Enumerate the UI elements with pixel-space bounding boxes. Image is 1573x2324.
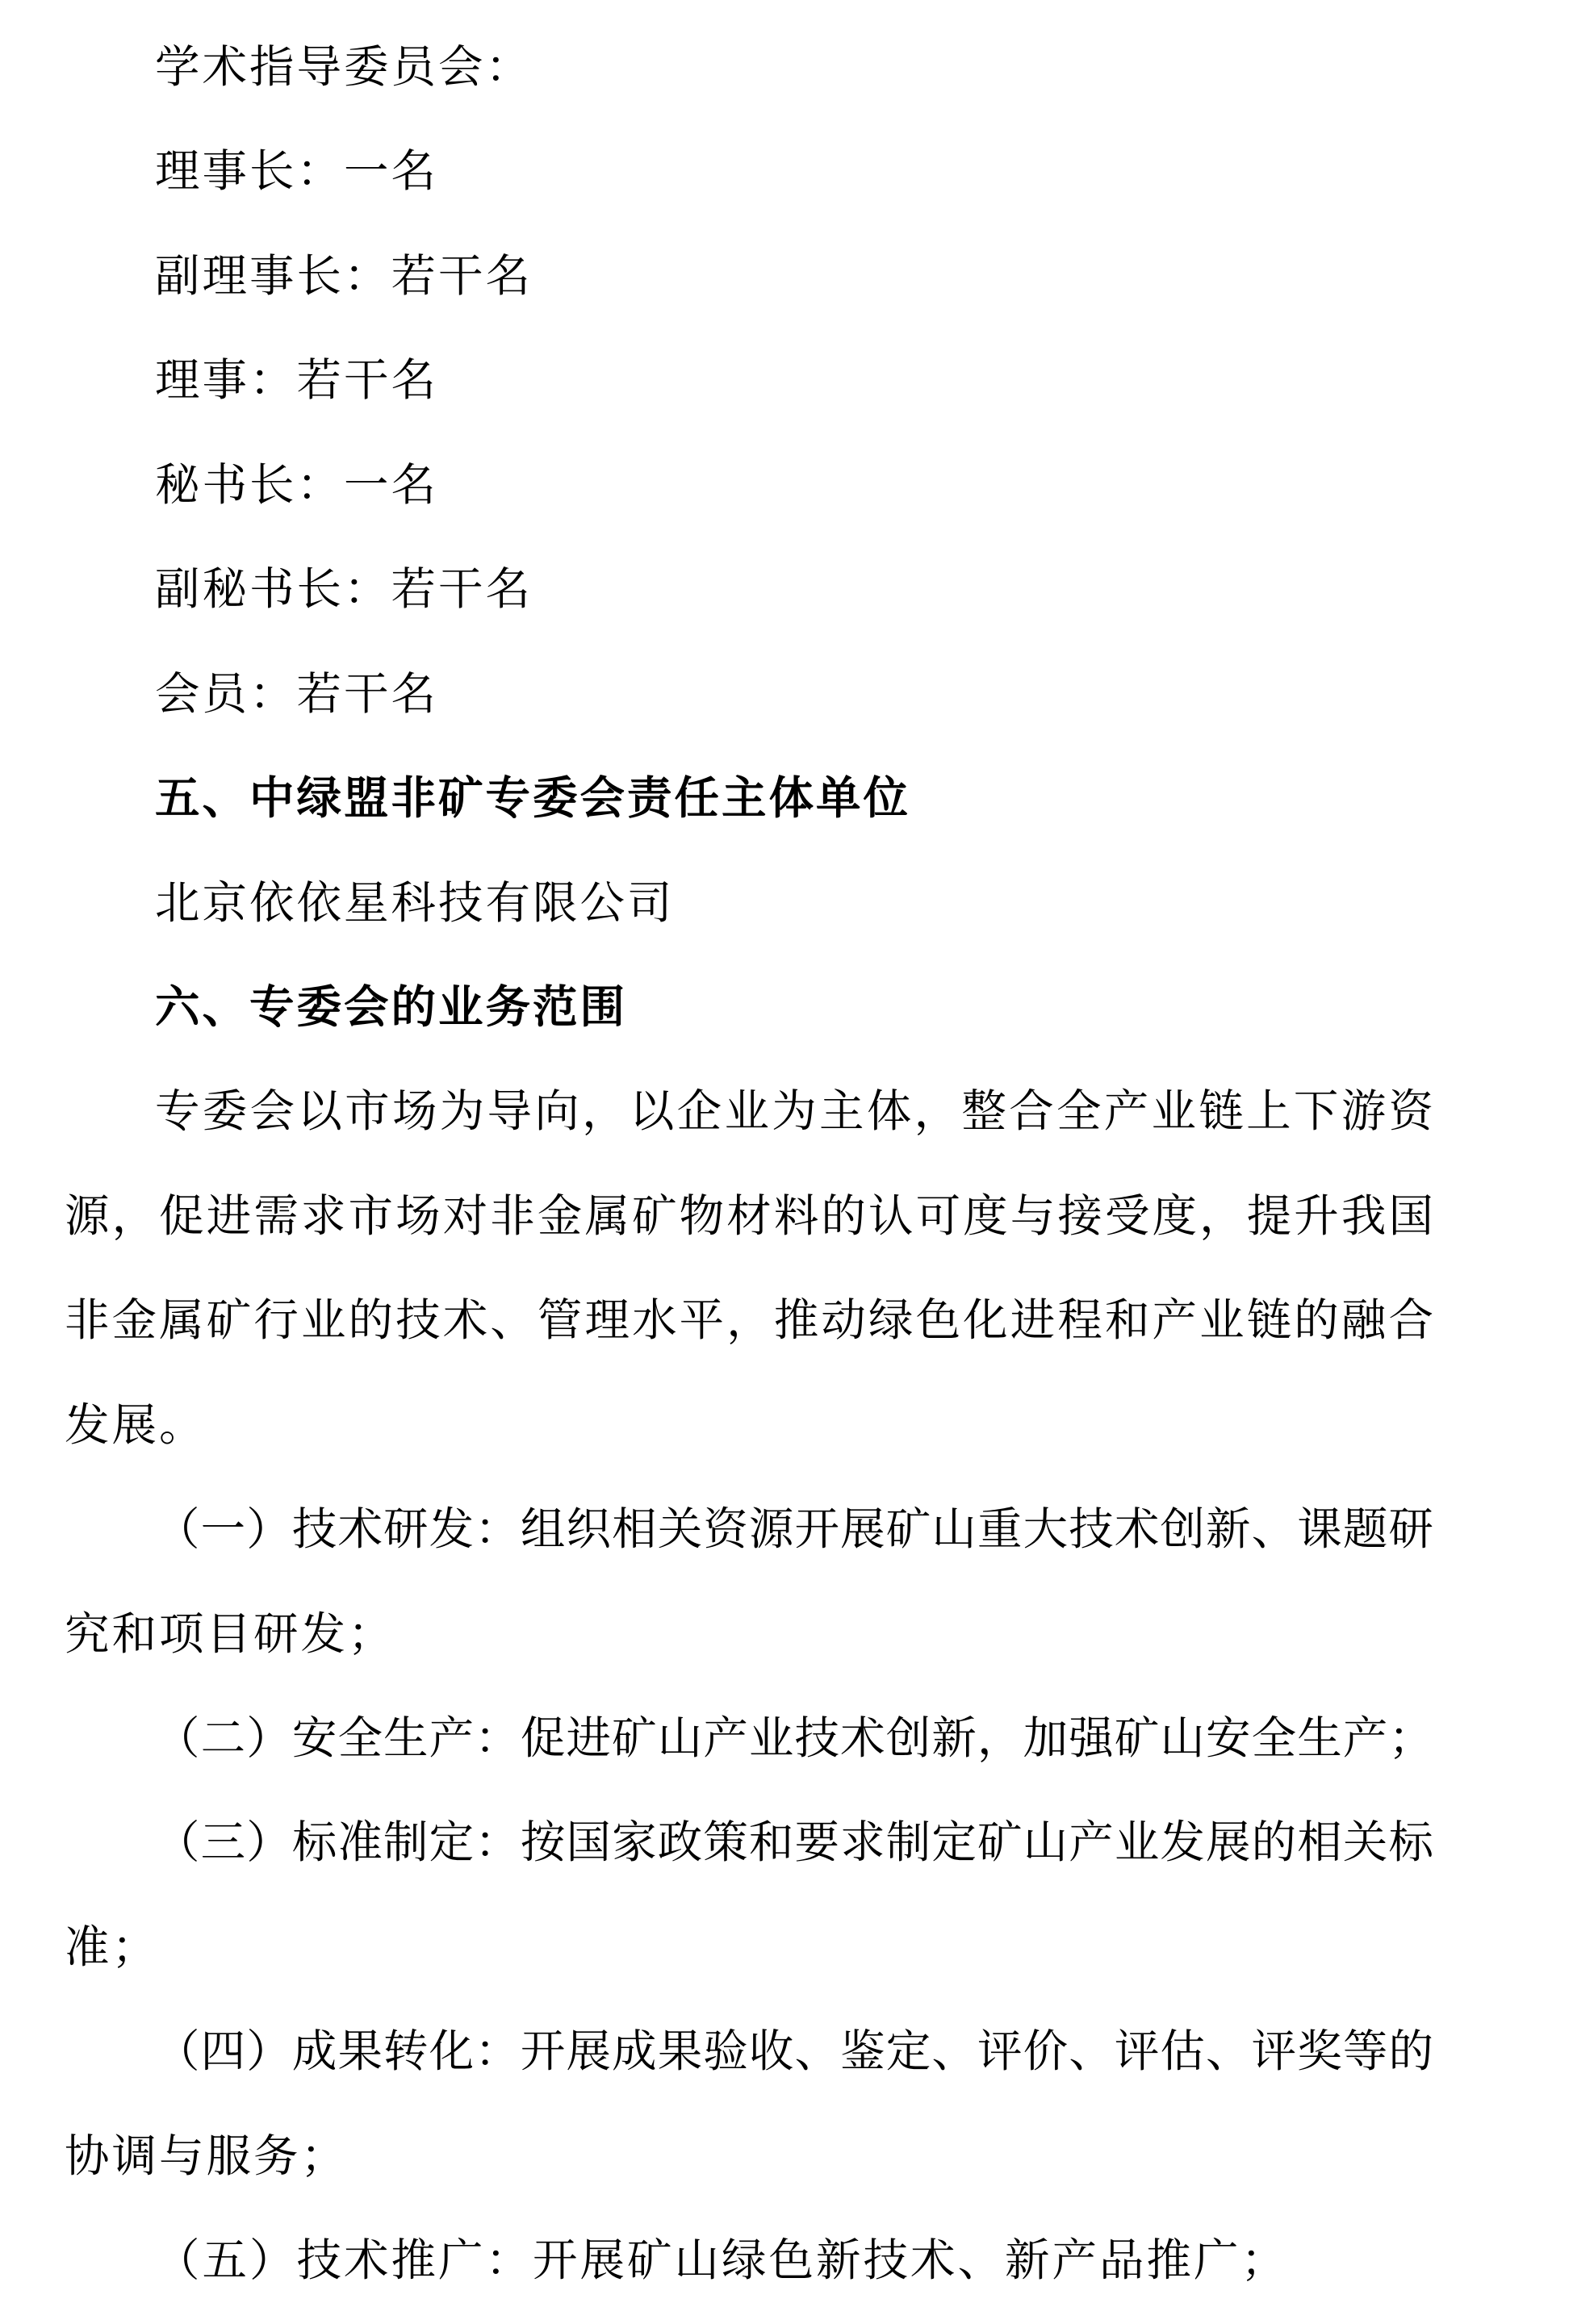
line-academic-committee-title: 学术指导委员会： <box>65 16 1433 120</box>
para-business-scope-line-2: 源，促进需求市场对非金属矿物材料的认可度与接受度，提升我国 <box>65 1165 1433 1269</box>
line-role-vice-chairman: 副理事长：若干名 <box>65 225 1433 329</box>
item-4-achievements-line-1: （四）成果转化：开展成果验收、鉴定、评价、评估、评奖等的 <box>65 2000 1433 2105</box>
line-role-chairman: 理事长：一名 <box>65 120 1433 224</box>
line-role-director: 理事：若干名 <box>65 329 1433 433</box>
line-role-secretary-general: 秘书长：一名 <box>65 434 1433 538</box>
item-5-tech-promotion: （五）技术推广：开展矿山绿色新技术、新产品推广； <box>65 2209 1433 2314</box>
line-role-deputy-secretary: 副秘书长：若干名 <box>65 538 1433 642</box>
item-1-tech-rd-line-1: （一）技术研发：组织相关资源开展矿山重大技术创新、课题研 <box>65 1478 1433 1582</box>
para-business-scope-line-4: 发展。 <box>65 1374 1433 1478</box>
item-2-safety-production: （二）安全生产：促进矿山产业技术创新，加强矿山安全生产； <box>65 1687 1433 1791</box>
heading-section-5-responsible-unit: 五、中绿盟非矿专委会责任主体单位 <box>65 747 1433 851</box>
para-business-scope-line-3: 非金属矿行业的技术、管理水平，推动绿色化进程和产业链的融合 <box>65 1269 1433 1373</box>
item-3-standards-line-1: （三）标准制定：按国家政策和要求制定矿山产业发展的相关标 <box>65 1791 1433 1896</box>
document-page: 学术指导委员会： 理事长：一名 副理事长：若干名 理事：若干名 秘书长：一名 副… <box>0 0 1573 2324</box>
item-3-standards-line-2: 准； <box>65 1896 1433 2000</box>
para-business-scope-line-1: 专委会以市场为导向，以企业为主体，整合全产业链上下游资 <box>65 1060 1433 1164</box>
item-4-achievements-line-2: 协调与服务； <box>65 2105 1433 2209</box>
document-text-column: 学术指导委员会： 理事长：一名 副理事长：若干名 理事：若干名 秘书长：一名 副… <box>65 16 1433 2314</box>
line-role-members: 会员：若干名 <box>65 643 1433 747</box>
heading-section-6-business-scope: 六、专委会的业务范围 <box>65 956 1433 1060</box>
item-1-tech-rd-line-2: 究和项目研发； <box>65 1583 1433 1687</box>
line-company-name: 北京依依星科技有限公司 <box>65 852 1433 956</box>
